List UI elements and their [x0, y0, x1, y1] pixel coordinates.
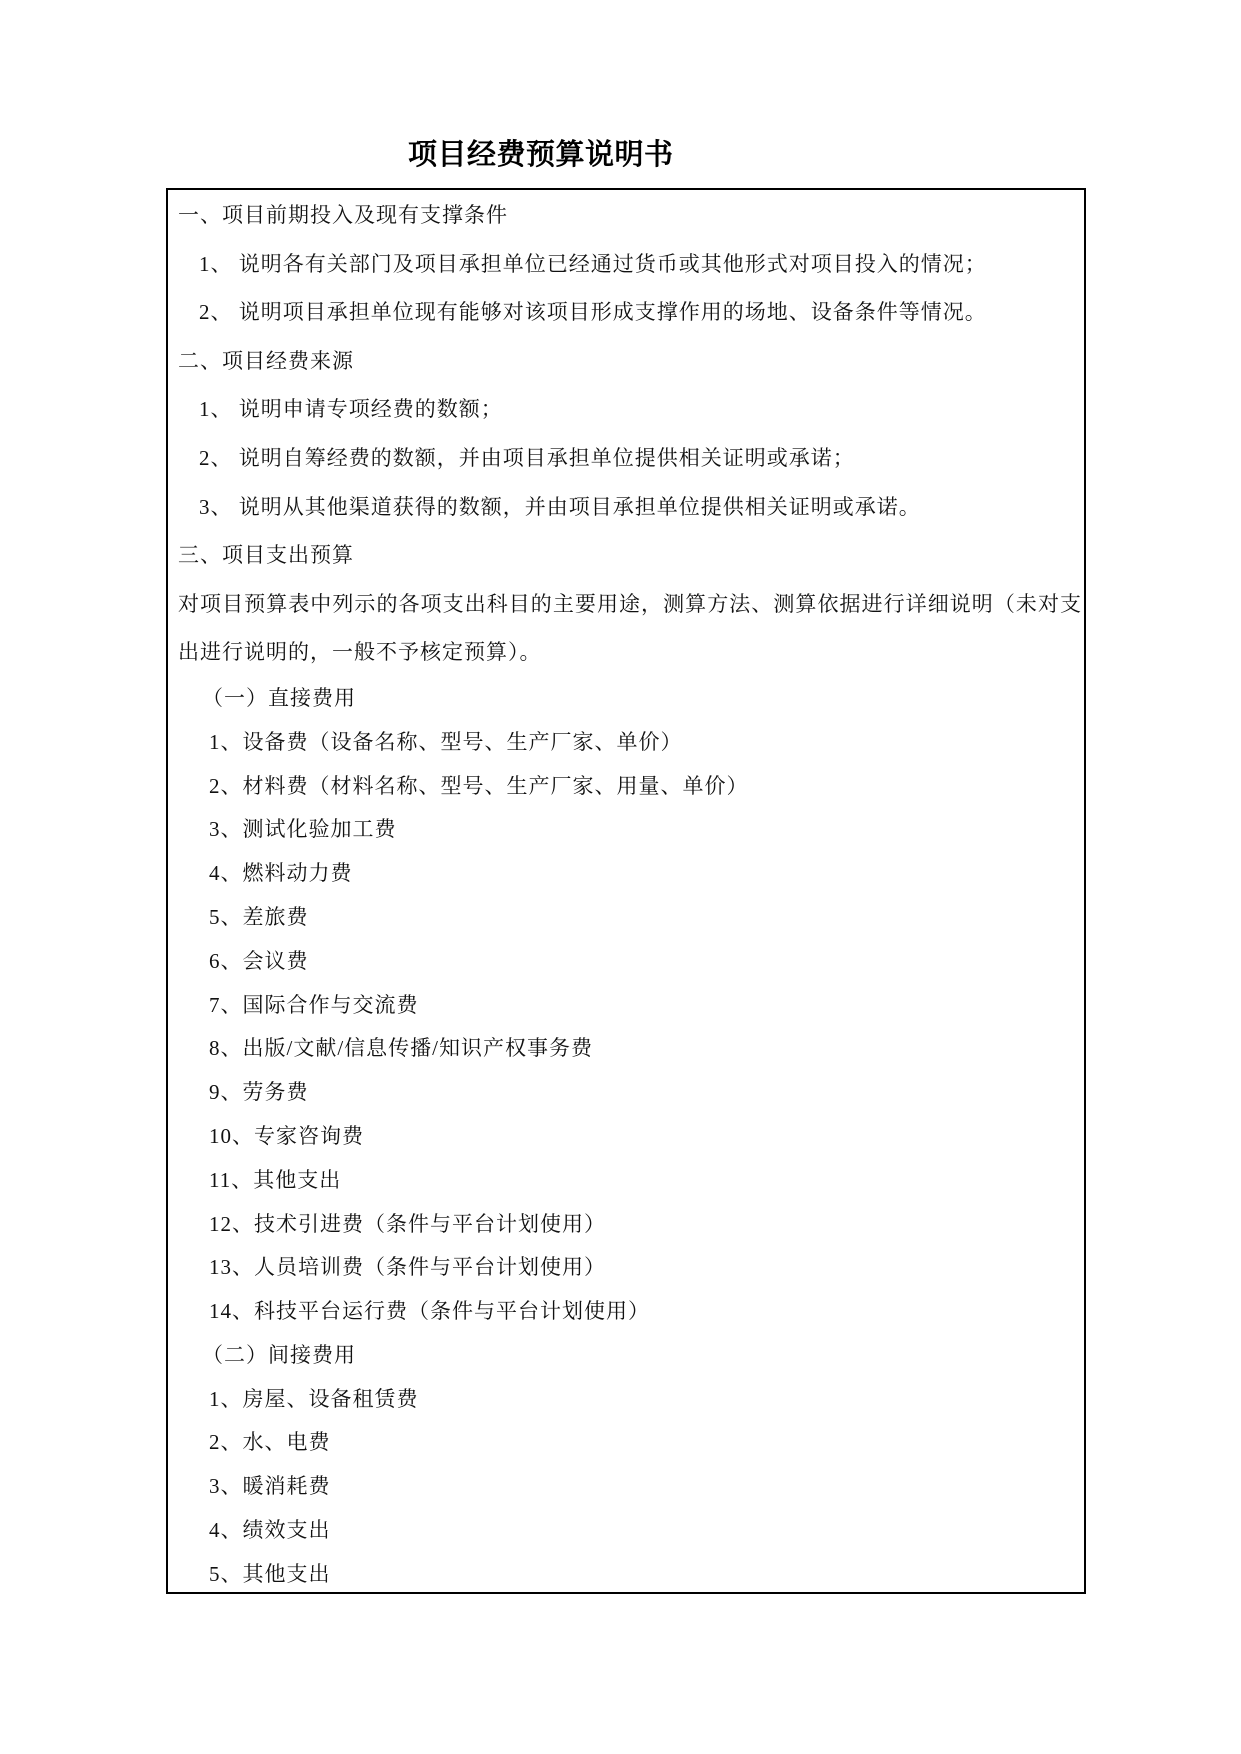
list-item: 9、劳务费	[209, 1071, 1084, 1115]
section-subitem: 2、 说明项目承担单位现有能够对该项目形成支撑作用的场地、设备条件等情况。	[199, 288, 1084, 337]
list-item: 11、其他支出	[209, 1159, 1084, 1203]
group-heading: （二）间接费用	[202, 1334, 1084, 1378]
list-item: 13、人员培训费（条件与平台计划使用）	[209, 1246, 1084, 1290]
list-item: 3、测试化验加工费	[209, 808, 1084, 852]
list-item: 12、技术引进费（条件与平台计划使用）	[209, 1203, 1084, 1247]
section-heading: 三、项目支出预算	[178, 531, 1084, 580]
list-item: 4、绩效支出	[209, 1509, 1084, 1553]
list-item: 10、专家咨询费	[209, 1115, 1084, 1159]
list-item: 2、水、电费	[209, 1421, 1084, 1465]
group-heading: （一）直接费用	[202, 677, 1084, 721]
body-paragraph: 对项目预算表中列示的各项支出科目的主要用途，测算方法、测算依据进行详细说明（未对…	[178, 580, 1082, 677]
section-heading: 二、项目经费来源	[178, 337, 1084, 386]
section-heading: 一、项目前期投入及现有支撑条件	[178, 191, 1084, 240]
list-item: 7、国际合作与交流费	[209, 984, 1084, 1028]
content-box: 一、项目前期投入及现有支撑条件1、 说明各有关部门及项目承担单位已经通过货币或其…	[166, 188, 1086, 1594]
document-page: 项目经费预算说明书 一、项目前期投入及现有支撑条件1、 说明各有关部门及项目承担…	[0, 0, 1241, 1754]
section-subitem: 2、 说明自筹经费的数额，并由项目承担单位提供相关证明或承诺；	[199, 434, 1084, 483]
list-item: 3、暖消耗费	[209, 1465, 1084, 1509]
list-item: 14、科技平台运行费（条件与平台计划使用）	[209, 1290, 1084, 1334]
list-item: 6、会议费	[209, 940, 1084, 984]
list-item: 5、差旅费	[209, 896, 1084, 940]
section-subitem: 1、 说明申请专项经费的数额；	[199, 385, 1084, 434]
document-body: 一、项目前期投入及现有支撑条件1、 说明各有关部门及项目承担单位已经通过货币或其…	[168, 190, 1084, 1594]
list-item: 1、房屋、设备租赁费	[209, 1378, 1084, 1422]
section-subitem: 1、 说明各有关部门及项目承担单位已经通过货币或其他形式对项目投入的情况；	[199, 240, 1084, 289]
list-item: 5、其他支出	[209, 1553, 1084, 1594]
list-item: 4、燃料动力费	[209, 852, 1084, 896]
list-item: 2、材料费（材料名称、型号、生产厂家、用量、单价）	[209, 765, 1084, 809]
list-item: 8、出版/文献/信息传播/知识产权事务费	[209, 1027, 1084, 1071]
document-title: 项目经费预算说明书	[408, 138, 674, 172]
list-item: 1、设备费（设备名称、型号、生产厂家、单价）	[209, 721, 1084, 765]
section-subitem: 3、 说明从其他渠道获得的数额，并由项目承担单位提供相关证明或承诺。	[199, 483, 1084, 532]
